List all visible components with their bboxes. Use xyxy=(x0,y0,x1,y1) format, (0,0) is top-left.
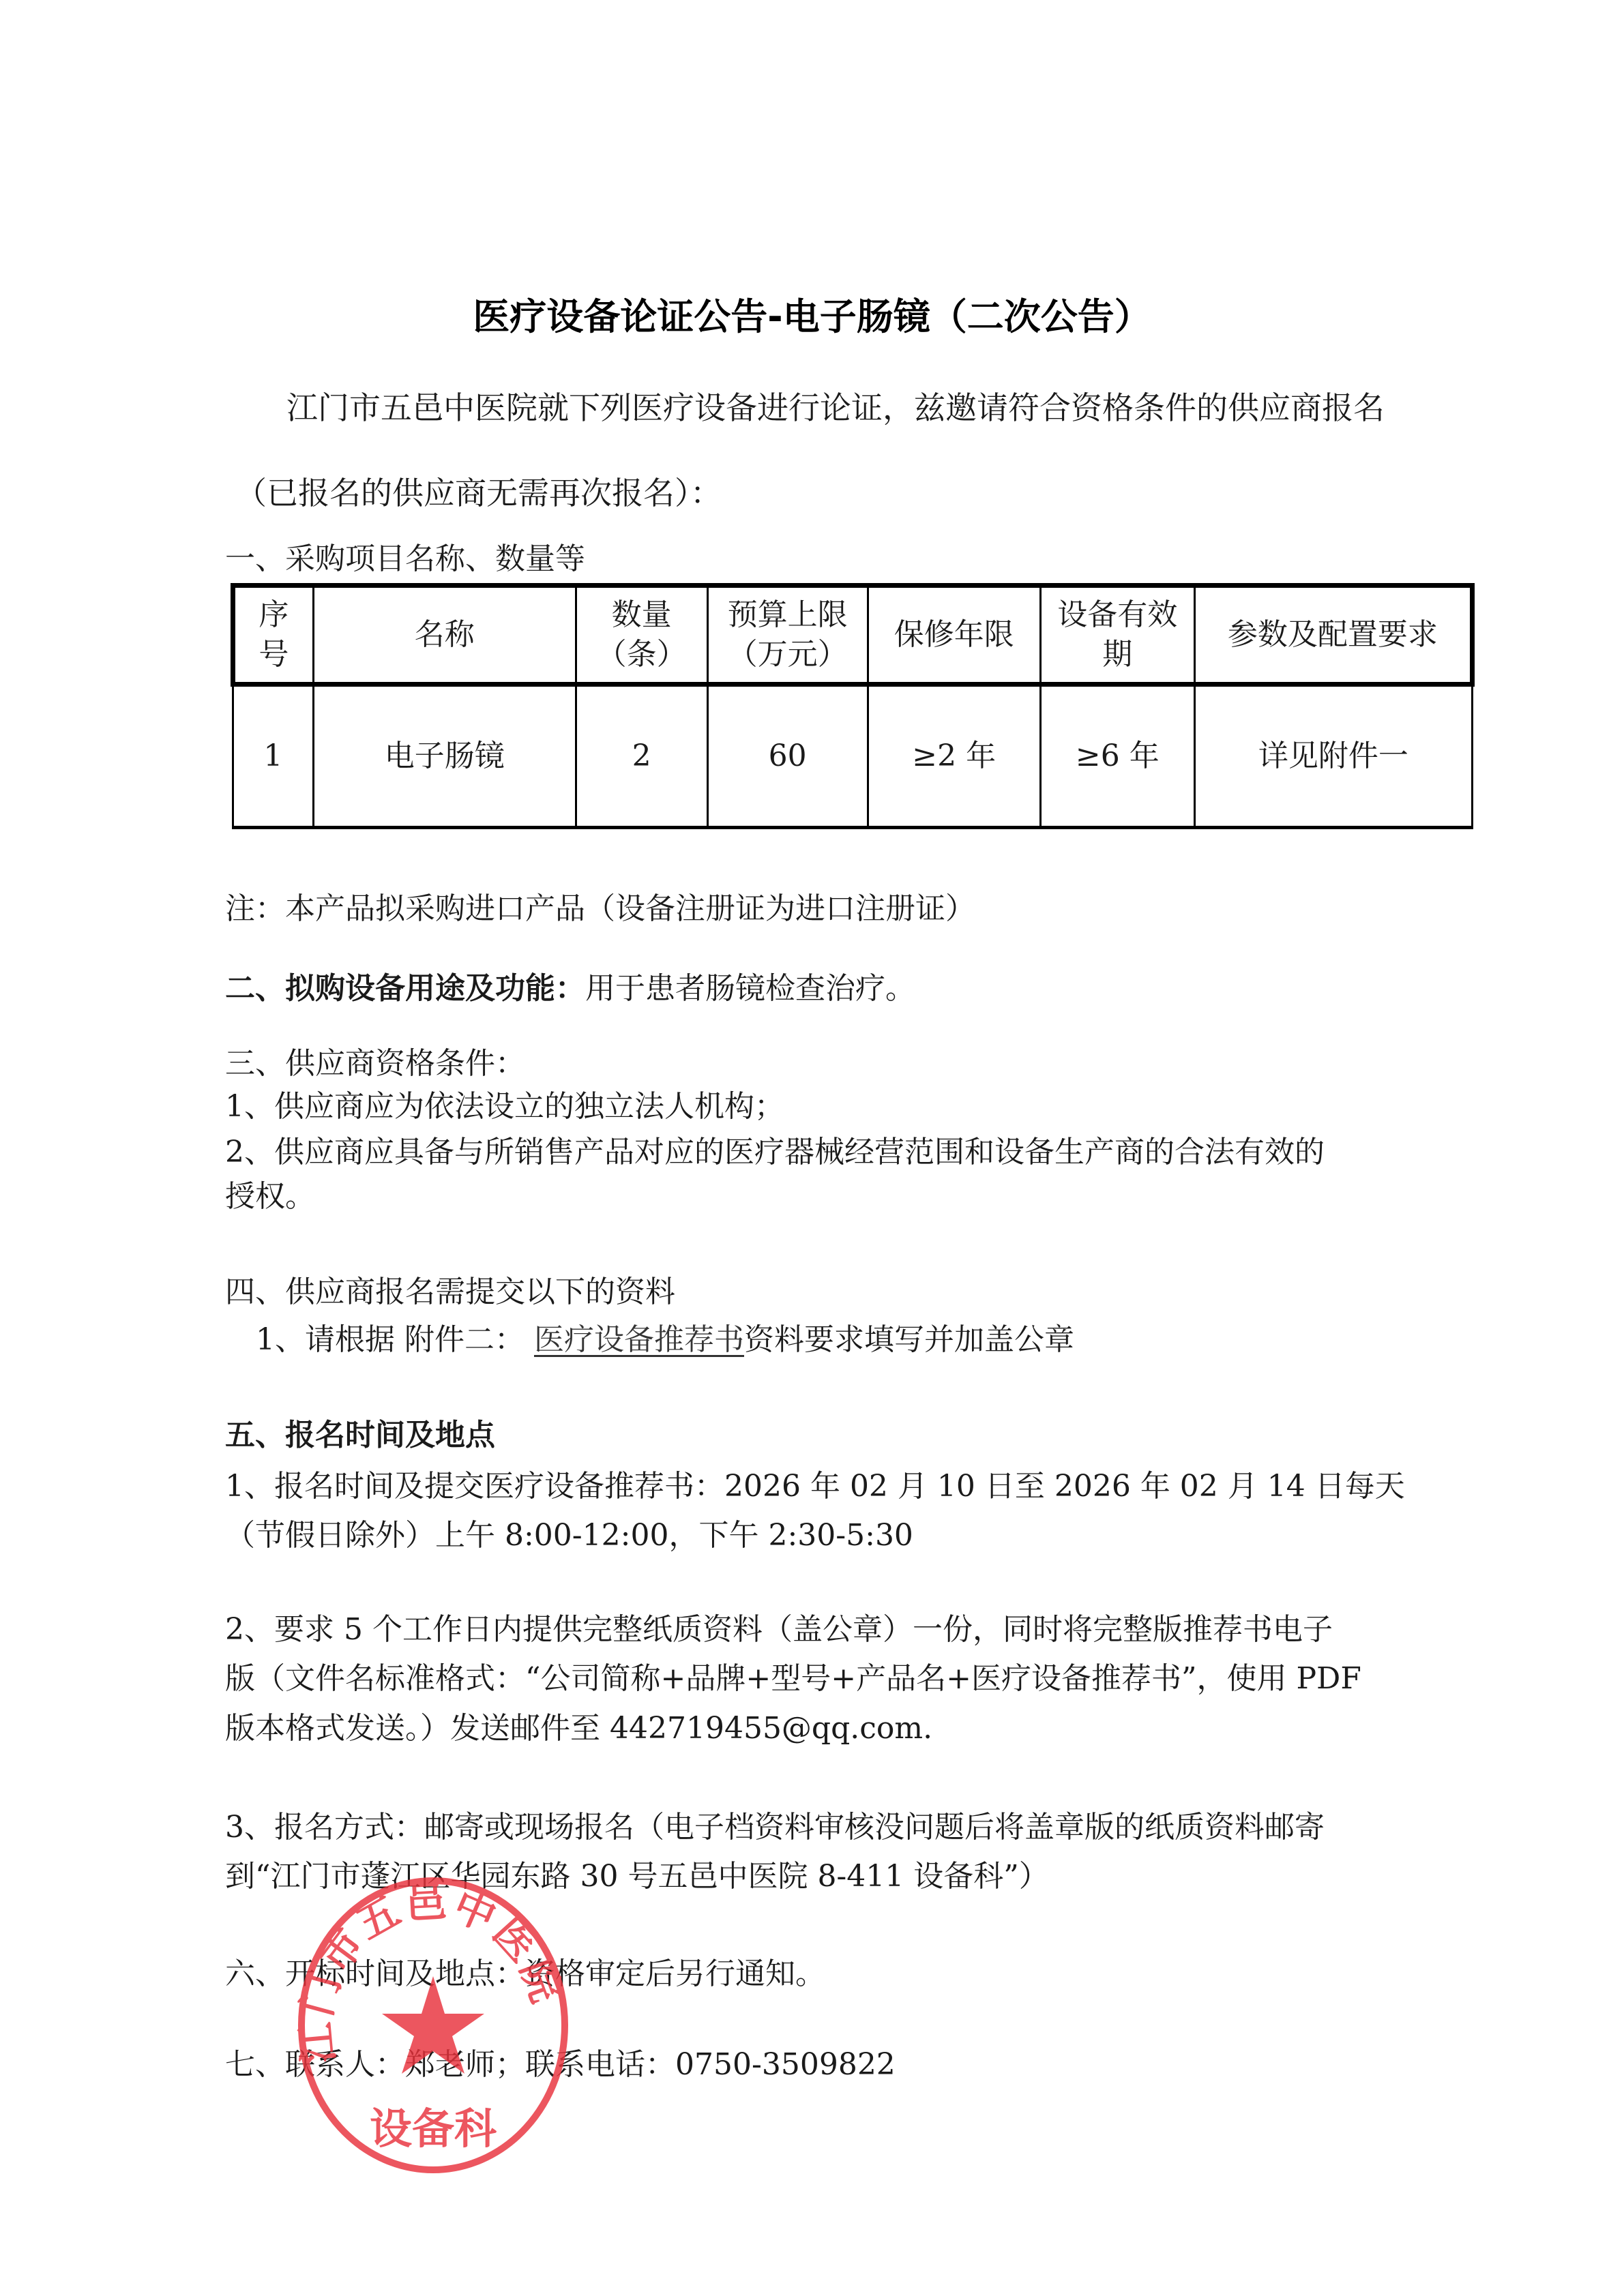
submission-req-line2: 版（文件名标准格式：“公司简称+品牌+型号+产品名+医疗设备推荐书”，使用 PD… xyxy=(225,1658,1361,1699)
submission-req-line3: 版本格式发送。）发送邮件至 442719455@qq.com. xyxy=(225,1708,932,1749)
registration-time-line1: 1、报名时间及提交医疗设备推荐书：2026 年 02 月 10 日至 2026 … xyxy=(225,1466,1405,1507)
header-budget: 预算上限（万元） xyxy=(707,586,868,685)
header-warranty: 保修年限 xyxy=(868,586,1040,685)
cell-budget: 60 xyxy=(707,685,868,828)
official-seal-stamp: 江门市五邑中医院 设备科 xyxy=(293,1874,573,2177)
section2-heading: 二、拟购设备用途及功能： xyxy=(225,971,585,1006)
section5-heading: 五、报名时间及地点 xyxy=(225,1415,495,1456)
cell-validity: ≥6 年 xyxy=(1040,685,1194,828)
header-name: 名称 xyxy=(313,586,576,685)
header-index: 序号 xyxy=(233,586,314,685)
star-icon xyxy=(382,1976,484,2074)
cell-warranty: ≥2 年 xyxy=(868,685,1040,828)
section4-item: 1、请根据 附件二： 医疗设备推荐书资料要求填写并加盖公章 xyxy=(256,1320,1074,1360)
section2-text: 用于患者肠镜检查治疗。 xyxy=(585,971,915,1006)
recommendation-form-link[interactable]: 医疗设备推荐书 xyxy=(534,1322,744,1357)
svg-text:设备科: 设备科 xyxy=(370,2104,497,2153)
registration-method-line1: 3、报名方式：邮寄或现场报名（电子档资料审核没问题后将盖章版的纸质资料邮寄 xyxy=(225,1807,1325,1848)
import-note: 注：本产品拟采购进口产品（设备注册证为进口注册证） xyxy=(225,889,975,929)
document-title: 医疗设备论证公告-电子肠镜（二次公告） xyxy=(0,290,1624,344)
table-header-row: 序号 名称 数量（条） 预算上限（万元） 保修年限 设备有效期 参数及配置要求 xyxy=(233,586,1473,685)
intro-text-line2: （已报名的供应商无需再次报名）： xyxy=(235,468,722,513)
registration-time-line2: （节假日除外）上午 8:00-12:00，下午 2:30-5:30 xyxy=(225,1515,913,1556)
header-specs: 参数及配置要求 xyxy=(1194,586,1472,685)
submission-req-line1: 2、要求 5 个工作日内提供完整纸质资料（盖公章）一份，同时将完整版推荐书电子 xyxy=(225,1609,1333,1650)
cell-name: 电子肠镜 xyxy=(313,685,576,828)
qualification-item-2: 2、供应商应具备与所销售产品对应的医疗器械经营范围和设备生产商的合法有效的 xyxy=(225,1132,1325,1173)
section2-line: 二、拟购设备用途及功能：用于患者肠镜检查治疗。 xyxy=(225,968,915,1009)
section3-heading: 三、供应商资格条件： xyxy=(225,1043,525,1084)
cell-index: 1 xyxy=(233,685,314,828)
procurement-table: 序号 名称 数量（条） 预算上限（万元） 保修年限 设备有效期 参数及配置要求 … xyxy=(231,583,1475,829)
qualification-item-2-cont: 授权。 xyxy=(225,1176,315,1217)
section1-heading: 一、采购项目名称、数量等 xyxy=(225,539,585,580)
intro-text-line1: 江门市五邑中医院就下列医疗设备进行论证，兹邀请符合资格条件的供应商报名 xyxy=(286,383,1385,428)
header-quantity: 数量（条） xyxy=(576,586,707,685)
qualification-item-1: 1、供应商应为依法设立的独立法人机构； xyxy=(225,1086,784,1127)
section4-heading: 四、供应商报名需提交以下的资料 xyxy=(225,1272,675,1313)
header-validity: 设备有效期 xyxy=(1040,586,1194,685)
cell-quantity: 2 xyxy=(576,685,707,828)
cell-specs: 详见附件一 xyxy=(1194,685,1472,828)
table-row: 1 电子肠镜 2 60 ≥2 年 ≥6 年 详见附件一 xyxy=(233,685,1473,828)
